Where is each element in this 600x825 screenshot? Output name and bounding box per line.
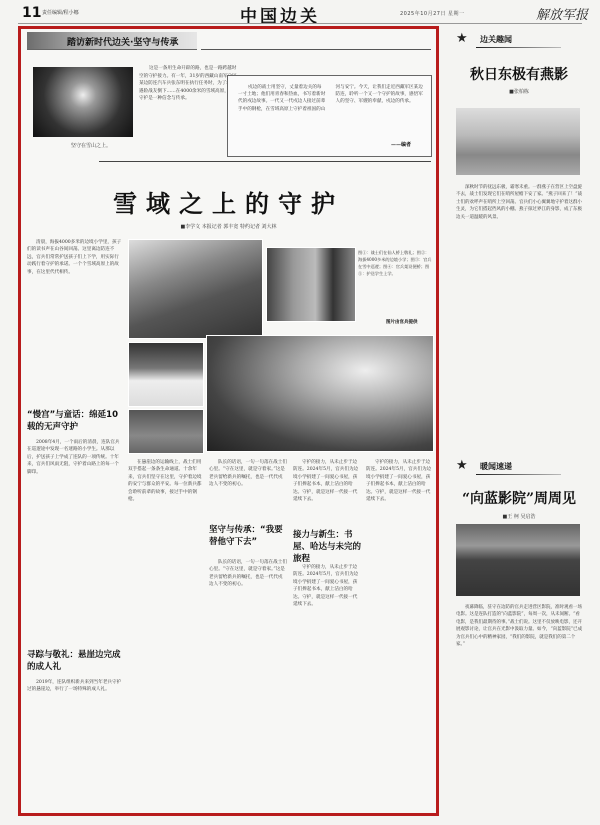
article-column-5: 守护的接力，从未止步于边防连。2024年5月，官兵们为边境小学捐建了一间爱心书屋…: [366, 459, 434, 804]
intro-text: 这是一条用生命开辟的路，也是一路跨越时空的守护接力。有一年，31岁的西藏山南军分…: [139, 65, 239, 103]
page-number: 11: [22, 5, 41, 21]
newspaper-logo: 解放军报: [536, 4, 588, 23]
sidebar-tag-1: ★ 边关趣闻: [456, 32, 556, 48]
editor-note-box: 戍边的战士用坚守，丈量着边关的每一寸土地；他们用青春和热血，书写着新时代的戍边故…: [227, 75, 432, 157]
article-column-1b: 2008年4月，一个雨后的清晨，连队官兵在巡逻途中发现一名迷路的小学生。从那以后…: [27, 439, 123, 634]
sidebar-text-2: 夜幕降临，驻守在边防的官兵走进营区影院，准时观看一场电影。这是连队打造的“向蓝影…: [456, 604, 584, 814]
masthead: 11 责任编辑/程小娜 中国边关 2025年10月27日 星期一 解放军报: [0, 0, 600, 24]
article-column-1: 清晨，海拔4000多米的边境小学里，孩子们的读书声在山谷间回荡。这里离边防连不远…: [27, 239, 123, 404]
main-feature: 踏访新时代边关·坚守与传承 坚守在雪山之上。 这是一条用生命开辟的路，也是一路跨…: [18, 26, 439, 816]
subhead-4: 接力与新生：书屋、哈达与未完的旅程: [293, 529, 363, 565]
cartoon-soldiers-swallow: [456, 108, 580, 175]
photo-school-classroom: [266, 247, 356, 322]
photo-caption: 图①：战士们在仙人桥上敬礼；图②：海拔4000多米的边境小学；图③：官兵在雪中巡…: [358, 249, 433, 277]
photo-bridge-building: [206, 335, 434, 452]
editor-signoff: ——编者: [391, 141, 411, 148]
subhead-3: 坚守与传承：“我要替他守下去”: [209, 524, 287, 548]
article-column-1c: 2019年，连队组织新兵来到当年老兵守护过的悬崖边，举行了一场特殊的成人礼。: [27, 679, 123, 809]
photo-credit: 图片由官兵提供: [386, 319, 418, 325]
subhead-1: “慢宫”与童话：绵延10载的无声守护: [27, 409, 123, 433]
sidebar-byline-1: ■张柏栋: [444, 88, 594, 95]
photo-snow-patrol: [128, 342, 204, 407]
editor-note-text: 戍边的战士用坚守，丈量着边关的每一寸土地；他们用青春和热血，书写着新时代的戍边故…: [238, 84, 423, 113]
article-column-4a: 守护的接力，从未止步于边防连。2024年5月，官兵们为边境小学捐建了一间爱心书屋…: [293, 459, 361, 519]
subhead-2: 寻踪与敬礼：悬崖边完成的成人礼: [27, 649, 123, 673]
article-headline: 雪域之上的守护: [21, 184, 436, 219]
article-column-3a: 队长的话语，一句一句落在战士们心里。“守在这里，就是守着家。”这是老兵留给新兵的…: [209, 459, 287, 519]
separator-rule: [99, 161, 431, 162]
article-column-4b: 守护的接力，从未止步于边防连。2024年5月，官兵们为边境小学捐建了一间爱心书屋…: [293, 564, 361, 804]
photo-soldiers-saluting: [128, 239, 263, 339]
sidebar-headline-1: 秋日东极有燕影: [444, 64, 594, 84]
article-column-2: 在悬崖边的运输线上，战士们用双手搭起一条条生命通道。十余年来，官兵们坚守在这里，…: [128, 459, 203, 804]
series-title: 踏访新时代边关·坚守与传承: [67, 35, 178, 48]
sidebar-tag-1-label: 边关趣闻: [480, 34, 512, 45]
star-icon: ★: [456, 31, 468, 46]
banner-rule: [201, 49, 431, 50]
star-icon: ★: [456, 458, 468, 473]
sidebar-tag-2-label: 暖闻速递: [480, 461, 512, 472]
hero-caption: 坚守在雪山之上。: [71, 142, 111, 149]
article-column-3b: 队长的话语，一句一句落在战士们心里。“守在这里，就是守着家。”这是老兵留给新兵的…: [209, 559, 287, 804]
issue-date: 2025年10月27日 星期一: [400, 10, 465, 17]
hero-photo: [33, 67, 133, 137]
sidebar-tag-2: ★ 暖闻速递: [456, 459, 556, 475]
article-byline: ■李学文 本报记者 郭丰宽 特约记者 刘大林: [21, 223, 436, 230]
top-rule: [18, 23, 582, 24]
sidebar-text-1: 深秋时节的抚远东极，霜寒未重。一群燕子在营区上空盘旋不去，战士们发现它们在哨所屋…: [456, 184, 584, 419]
series-banner: 踏访新时代边关·坚守与传承: [27, 32, 197, 50]
sidebar-headline-2: “向蓝影院”周周见: [444, 488, 594, 508]
photo-cinema: [456, 524, 580, 596]
editor-credit: 责任编辑/程小娜: [42, 9, 79, 16]
photo-escort-students: [128, 409, 204, 454]
sidebar-byline-2: ■王 柯 吴启浩: [444, 513, 594, 520]
sidebar: ★ 边关趣闻 秋日东极有燕影 ■张柏栋 深秋时节的抚远东极，霜寒未重。一群燕子在…: [444, 26, 594, 816]
